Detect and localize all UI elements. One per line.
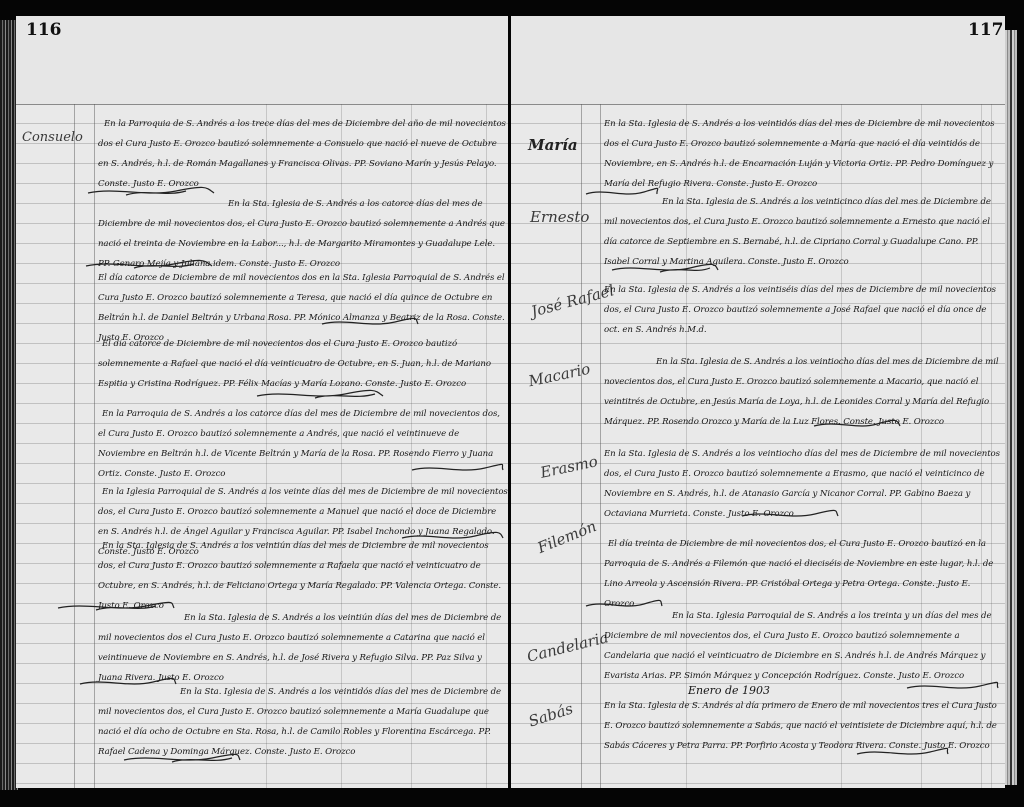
signature-flourish (812, 418, 902, 432)
margin-name-consuelo: Consuelo (22, 130, 83, 145)
signature-flourish (584, 186, 659, 200)
signature-flourish (584, 598, 664, 612)
margin-name-maria: María (528, 136, 578, 154)
page-top-blank (16, 16, 508, 104)
signature-flourish (122, 752, 242, 766)
register-entry: En la Sta. Iglesia de S. Andrés a los ve… (604, 280, 1000, 340)
signature-flourish (740, 508, 840, 522)
register-entry: En la Sta. Iglesia de S. Andrés a los ve… (604, 192, 1000, 272)
margin-name-ernesto: Ernesto (530, 208, 589, 226)
signature-flourish (84, 258, 214, 272)
signature-flourish (400, 530, 505, 544)
margin-rule (74, 104, 75, 788)
signature-flourish (78, 676, 178, 690)
register-entry: El día catorce de Diciembre de mil novec… (98, 334, 508, 394)
register-entry: En la Sta. Iglesia de S. Andrés a los ve… (604, 352, 1000, 432)
signature-flourish (855, 746, 950, 760)
register-entry: En la Parroquia de S. Andrés a los trece… (98, 114, 508, 194)
signature-flourish (905, 680, 1000, 694)
header-rule (511, 104, 1005, 105)
page-number-right: 117 (968, 20, 1004, 40)
signature-flourish (86, 185, 216, 199)
header-rule (16, 104, 508, 105)
signature-flourish (56, 600, 176, 614)
register-entry: En la Sta. Iglesia de S. Andrés a los ve… (604, 114, 1000, 194)
signature-flourish (320, 316, 420, 330)
signature-flourish (410, 462, 505, 476)
book-page-edges (1005, 30, 1017, 785)
margin-rule (581, 104, 582, 788)
register-entry: En la Sta. Iglesia de S. Andrés a los ve… (98, 682, 508, 762)
register-entry: En la Sta. Iglesia Parroquial de S. Andr… (604, 606, 1000, 686)
book-spread: 116 117 Consuelo En la Parroquia de S. A… (0, 0, 1024, 807)
margin-rule (600, 104, 601, 788)
signature-flourish (610, 262, 720, 276)
signature-flourish (255, 388, 385, 402)
page-number-left: 116 (26, 20, 62, 40)
page-top-blank (511, 16, 1005, 104)
